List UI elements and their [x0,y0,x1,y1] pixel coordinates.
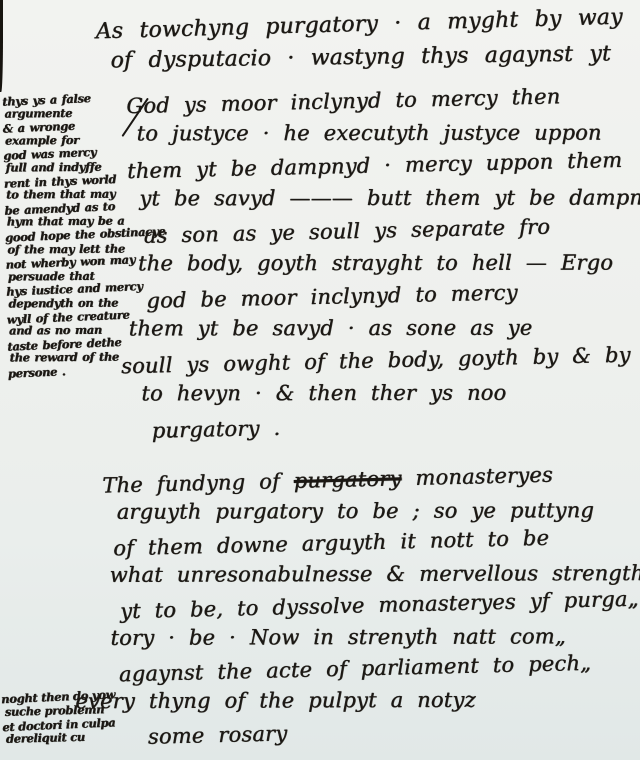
manuscript-page: As towchyng purgatory · a myght by way o… [0,0,640,760]
lower-margin-note: noght then do yow suche problemn et doct… [1,687,153,749]
margin-note-line: persone . [8,362,138,381]
struck-word-purgatory: purgatory [293,466,401,493]
text-before-strike: The fundyng of [102,469,294,498]
heading-line: of dysputacio · wastyng thys agaynst yt [110,37,624,77]
upper-margin-note: thys ys a false argumente & a wronge exa… [2,92,138,380]
scan-edge-artifact [0,0,3,92]
second-paragraph: The fundyng of purgatory monasteryes arg… [102,460,640,751]
text-after-strike: monasteryes [401,463,553,491]
main-paragraph: God ys moor inclynyd to mercy then to ju… [124,81,640,444]
heading-block: As towchyng purgatory · a myght by way o… [95,1,624,82]
